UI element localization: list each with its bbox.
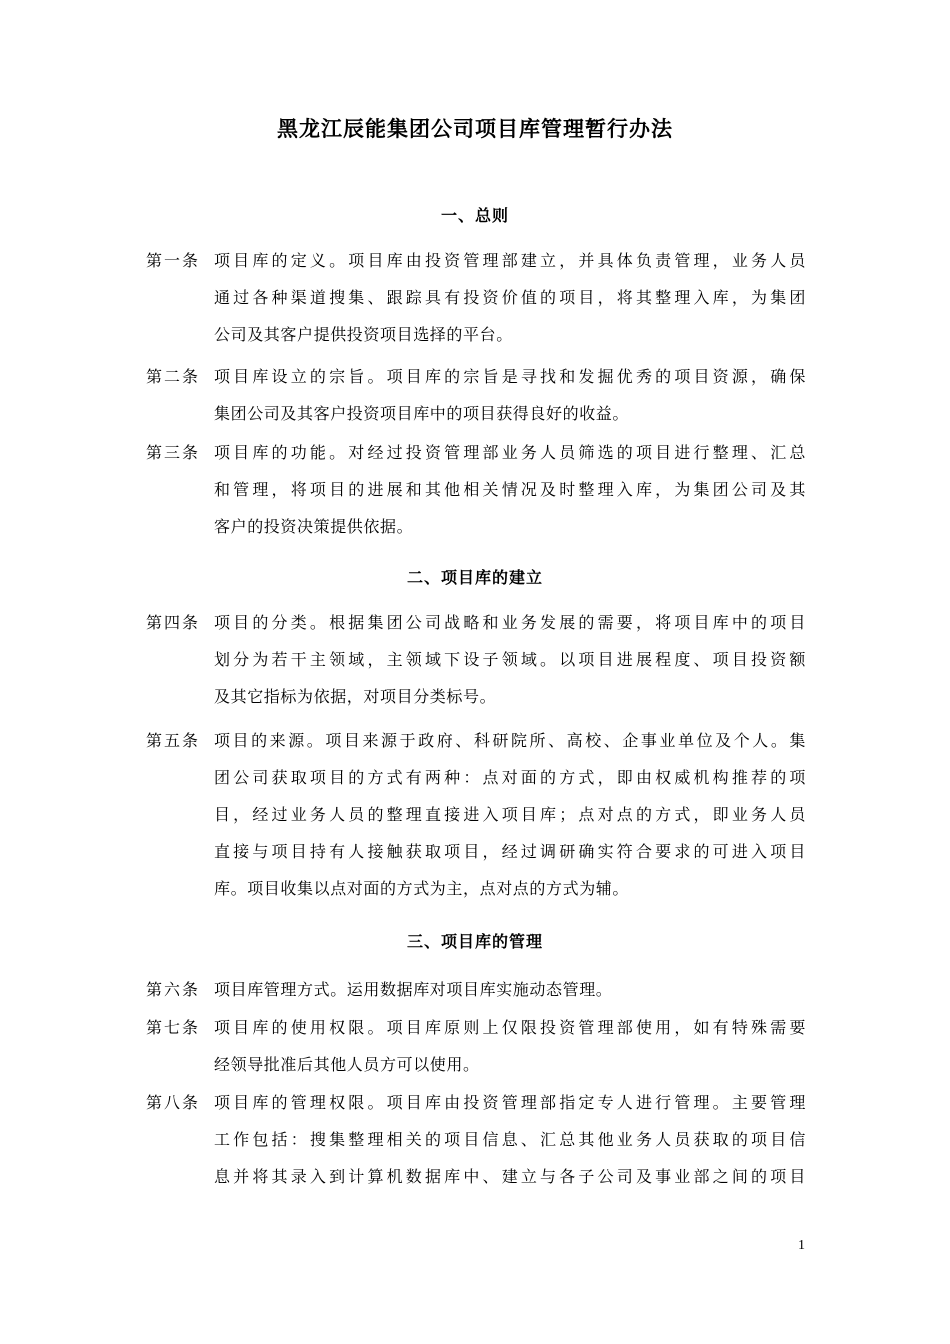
article-text: 项目的分类。根据集团公司战略和业务发展的需要，将项目库中的项目 <box>214 611 806 635</box>
section-heading-management: 三、项目库的管理 <box>0 930 950 954</box>
article-text: 项目库的使用权限。项目库原则上仅限投资管理部使用，如有特殊需要 <box>214 1016 806 1040</box>
article-line: 公司及其客户提供投资项目选择的平台。 <box>146 323 816 360</box>
article-4: 第四条 项目的分类。根据集团公司战略和业务发展的需要，将项目库中的项目 划分为若… <box>146 611 816 722</box>
article-line: 库。项目收集以点对面的方式为主，点对点的方式为辅。 <box>146 877 816 914</box>
article-text: 工作包括：搜集整理相关的项目信息、汇总其他业务人员获取的项目信 <box>214 1128 806 1152</box>
article-line: 及其它指标为依据，对项目分类标号。 <box>146 685 816 722</box>
article-label: 第七条 <box>146 1016 200 1040</box>
article-line: 第一条 项目库的定义。项目库由投资管理部建立，并具体负责管理，业务人员 <box>146 249 816 286</box>
article-text: 项目库的功能。对经过投资管理部业务人员筛选的项目进行整理、汇总 <box>214 441 806 465</box>
article-line: 第三条 项目库的功能。对经过投资管理部业务人员筛选的项目进行整理、汇总 <box>146 441 816 478</box>
article-label: 第六条 <box>146 978 200 1002</box>
article-text: 集团公司及其客户投资项目库中的项目获得良好的收益。 <box>214 402 806 426</box>
article-text: 及其它指标为依据，对项目分类标号。 <box>214 685 806 709</box>
article-line: 第八条 项目库的管理权限。项目库由投资管理部指定专人进行管理。主要管理 <box>146 1091 816 1128</box>
article-line: 团公司获取项目的方式有两种：点对面的方式，即由权威机构推荐的项 <box>146 766 816 803</box>
article-text: 库。项目收集以点对面的方式为主，点对点的方式为辅。 <box>214 877 806 901</box>
article-1: 第一条 项目库的定义。项目库由投资管理部建立，并具体负责管理，业务人员 通过各种… <box>146 249 816 360</box>
article-7: 第七条 项目库的使用权限。项目库原则上仅限投资管理部使用，如有特殊需要 经领导批… <box>146 1016 816 1090</box>
article-text: 目，经过业务人员的整理直接进入项目库；点对点的方式，即业务人员 <box>214 803 806 827</box>
article-line: 第七条 项目库的使用权限。项目库原则上仅限投资管理部使用，如有特殊需要 <box>146 1016 816 1053</box>
section-heading-establishment: 二、项目库的建立 <box>0 566 950 590</box>
article-3: 第三条 项目库的功能。对经过投资管理部业务人员筛选的项目进行整理、汇总 和管理，… <box>146 441 816 552</box>
article-text: 客户的投资决策提供依据。 <box>214 515 806 539</box>
article-line: 集团公司及其客户投资项目库中的项目获得良好的收益。 <box>146 402 816 439</box>
page-number: 1 <box>798 1237 805 1255</box>
article-line: 息并将其录入到计算机数据库中、建立与各子公司及事业部之间的项目 <box>146 1165 816 1202</box>
article-label: 第一条 <box>146 249 200 273</box>
article-text: 划分为若干主领域，主领域下设子领域。以项目进展程度、项目投资额 <box>214 648 806 672</box>
article-text: 项目库设立的宗旨。项目库的宗旨是寻找和发掘优秀的项目资源，确保 <box>214 365 806 389</box>
article-8: 第八条 项目库的管理权限。项目库由投资管理部指定专人进行管理。主要管理 工作包括… <box>146 1091 816 1202</box>
article-text: 和管理，将项目的进展和其他相关情况及时整理入库，为集团公司及其 <box>214 478 806 502</box>
article-text: 直接与项目持有人接触获取项目，经过调研确实符合要求的可进入项目 <box>214 840 806 864</box>
article-line: 第五条 项目的来源。项目来源于政府、科研院所、高校、企事业单位及个人。集 <box>146 729 816 766</box>
article-label: 第五条 <box>146 729 200 753</box>
article-text: 通过各种渠道搜集、跟踪具有投资价值的项目，将其整理入库，为集团 <box>214 286 806 310</box>
article-line: 工作包括：搜集整理相关的项目信息、汇总其他业务人员获取的项目信 <box>146 1128 816 1165</box>
article-line: 客户的投资决策提供依据。 <box>146 515 816 552</box>
article-text: 经领导批准后其他人员方可以使用。 <box>214 1053 806 1077</box>
article-5: 第五条 项目的来源。项目来源于政府、科研院所、高校、企事业单位及个人。集 团公司… <box>146 729 816 914</box>
article-text: 公司及其客户提供投资项目选择的平台。 <box>214 323 806 347</box>
article-line: 第四条 项目的分类。根据集团公司战略和业务发展的需要，将项目库中的项目 <box>146 611 816 648</box>
article-line: 直接与项目持有人接触获取项目，经过调研确实符合要求的可进入项目 <box>146 840 816 877</box>
article-line: 划分为若干主领域，主领域下设子领域。以项目进展程度、项目投资额 <box>146 648 816 685</box>
article-line: 通过各种渠道搜集、跟踪具有投资价值的项目，将其整理入库，为集团 <box>146 286 816 323</box>
document-title: 黑龙江辰能集团公司项目库管理暂行办法 <box>0 114 950 144</box>
article-line: 目，经过业务人员的整理直接进入项目库；点对点的方式，即业务人员 <box>146 803 816 840</box>
article-6: 第六条 项目库管理方式。运用数据库对项目库实施动态管理。 <box>146 978 816 1015</box>
article-label: 第四条 <box>146 611 200 635</box>
article-line: 第六条 项目库管理方式。运用数据库对项目库实施动态管理。 <box>146 978 816 1015</box>
article-text: 项目库的定义。项目库由投资管理部建立，并具体负责管理，业务人员 <box>214 249 806 273</box>
article-line: 经领导批准后其他人员方可以使用。 <box>146 1053 816 1090</box>
article-label: 第八条 <box>146 1091 200 1115</box>
article-text: 项目库的管理权限。项目库由投资管理部指定专人进行管理。主要管理 <box>214 1091 806 1115</box>
article-line: 第二条 项目库设立的宗旨。项目库的宗旨是寻找和发掘优秀的项目资源，确保 <box>146 365 816 402</box>
article-text: 息并将其录入到计算机数据库中、建立与各子公司及事业部之间的项目 <box>214 1165 806 1189</box>
document-page: 黑龙江辰能集团公司项目库管理暂行办法 一、总则 第一条 项目库的定义。项目库由投… <box>0 0 950 1344</box>
article-text: 项目的来源。项目来源于政府、科研院所、高校、企事业单位及个人。集 <box>214 729 806 753</box>
article-label: 第二条 <box>146 365 200 389</box>
section-heading-general: 一、总则 <box>0 204 950 228</box>
article-line: 和管理，将项目的进展和其他相关情况及时整理入库，为集团公司及其 <box>146 478 816 515</box>
article-text: 项目库管理方式。运用数据库对项目库实施动态管理。 <box>214 978 806 1002</box>
article-2: 第二条 项目库设立的宗旨。项目库的宗旨是寻找和发掘优秀的项目资源，确保 集团公司… <box>146 365 816 439</box>
article-text: 团公司获取项目的方式有两种：点对面的方式，即由权威机构推荐的项 <box>214 766 806 790</box>
article-label: 第三条 <box>146 441 200 465</box>
